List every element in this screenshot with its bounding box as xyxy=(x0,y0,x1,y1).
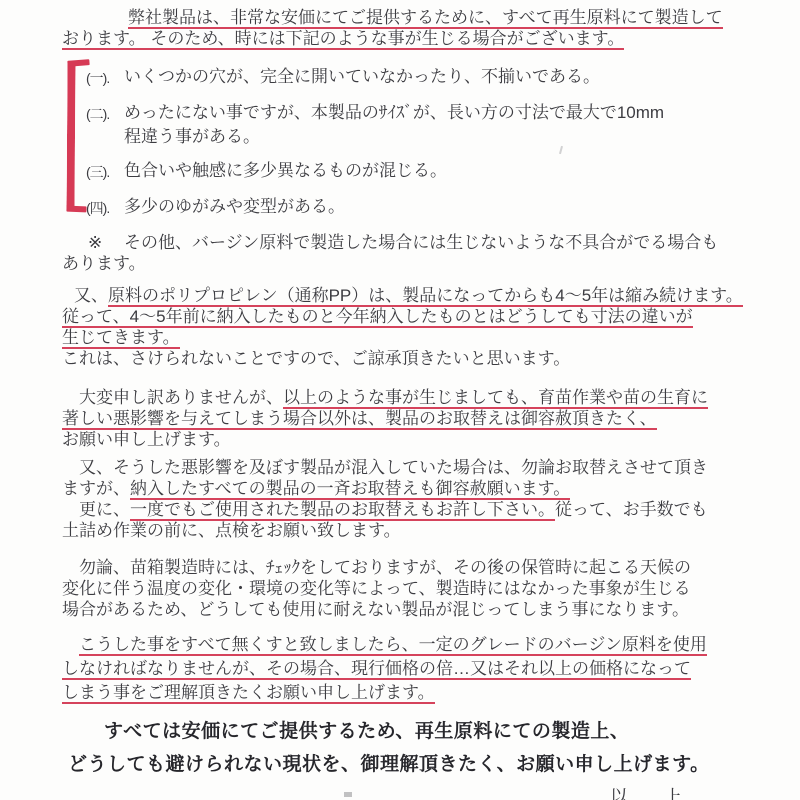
list-item-3-marker: (三). xyxy=(86,160,124,183)
list-item-4-marker: (四). xyxy=(86,196,124,219)
virgin-line-1-plain xyxy=(62,635,79,654)
intro-line-1-underlined: 弊社製品は、非常な安価にてご提供するために、すべて再生原料にて製造して xyxy=(128,8,723,29)
paragraph-replacement-policy: 又、そうした悪影響を及ぼす製品が混入していた場合は、勿論お取替えさせて頂き ます… xyxy=(62,457,766,541)
scanned-document: 弊社製品は、非常な安価にてご提供するために、すべて再生原料にて製造して おります… xyxy=(0,0,800,800)
virgin-line-1: こうした事をすべて無くすと致しましたら、一定のグレードのバージン原料を使用 xyxy=(62,633,766,657)
apology-line-1-underlined: 以上のような事が生じましても、育苗作業や苗の生育に xyxy=(283,388,708,409)
check-line-2: 変化に伴う温度の変化・環境の変化等によって、製造時にはなかった事象が生じる xyxy=(62,578,766,599)
list-item-4: (四). 多少のゆがみや変型がある。 xyxy=(86,196,766,219)
apology-line-1-plain: 大変申し訳ありませんが、 xyxy=(62,388,283,407)
pp-line-3: 生じてきます。 xyxy=(62,327,766,348)
replace-line-3-underlined: 一度でもご使用された製品のお取替えもお許し下さい。 xyxy=(130,500,555,521)
virgin-line-3-underlined: しまう事をご理解頂きたくお願い申し上げます。 xyxy=(62,683,435,704)
replace-line-3: 更に、一度でもご使用された製品のお取替えもお許し下さい。従って、お手数でも xyxy=(62,499,766,520)
paragraph-apology: 大変申し訳ありませんが、以上のような事が生じましても、育苗作業や苗の生育に 著し… xyxy=(62,387,766,450)
list-item-3-text: 色合いや触感に多少異なるものが混じる。 xyxy=(124,160,447,183)
list-item-2: (二). めったにない事ですが、本製品のｻｲｽﾞが、長い方の寸法で最大で10mm xyxy=(86,102,766,125)
sign-off: 以 上 xyxy=(610,787,766,800)
paragraph-pp-shrinkage: 又、原料のポリプロピレン（通称PP）は、製品になってからも4～5年は縮み続けます… xyxy=(62,285,766,369)
paragraph-quality-check: 勿論、苗箱製造時には、ﾁｪｯｸをしておりますが、その後の保管時に起こる天候の 変… xyxy=(62,557,766,620)
note-asterisk-marker: ※ xyxy=(88,232,124,253)
replace-line-2: ますが、納入したすべての製品の一斉お取替えも御容赦願います。 xyxy=(62,478,766,499)
paragraph-virgin-material-cost: こうした事をすべて無くすと致しましたら、一定のグレードのバージン原料を使用 しな… xyxy=(62,633,766,705)
virgin-line-2: しなければなりませんが、その場合、現行価格の倍…又はそれ以上の価格になって xyxy=(62,657,766,681)
note-line-2: あります。 xyxy=(62,253,766,274)
list-item-2-continuation: 程違う事がある。 xyxy=(124,126,766,147)
list-item-4-text: 多少のゆがみや変型がある。 xyxy=(124,196,345,219)
pp-line-3-underlined: 生じてきます。 xyxy=(62,328,180,349)
replace-line-3-plain-pre: 更に、 xyxy=(62,500,130,519)
pp-line-1: 又、原料のポリプロピレン（通称PP）は、製品になってからも4～5年は縮み続けます… xyxy=(74,285,766,306)
virgin-line-3: しまう事をご理解頂きたくお願い申し上げます。 xyxy=(62,681,766,705)
closing-statement-line-2: どうしても避けられない現状を、御理解頂きたく、お願い申し上げます。 xyxy=(68,753,766,777)
note-line-1: ※ その他、バージン原料で製造した場合には生じないような不具合がでる場合も xyxy=(88,232,766,253)
pp-line-2-underlined: 従って、4～5年前に納入したものと今年納入したものとはどうしても寸法の違いが xyxy=(62,307,693,328)
virgin-line-2-underlined: しなければなりませんが、その場合、現行価格の倍…又はそれ以上の価格になって xyxy=(62,659,691,680)
apology-line-2-underlined: 著しい悪影響を与えてしまう場合以外は、製品のお取替えは御容赦頂きたく、 xyxy=(62,409,657,430)
pp-line-1-underlined: 原料のポリプロピレン（通称PP）は、製品になってからも4～5年は縮み続けます。 xyxy=(108,286,743,307)
apology-line-3: お願い申し上げます。 xyxy=(62,429,766,450)
list-item-2-marker: (二). xyxy=(86,102,124,125)
intro-line-2: おります。 そのため、時には下記のような事が生じる場合がございます。 xyxy=(62,28,766,49)
apology-line-1: 大変申し訳ありませんが、以上のような事が生じましても、育苗作業や苗の生育に xyxy=(62,387,766,408)
intro-line-1: 弊社製品は、非常な安価にてご提供するために、すべて再生原料にて製造して xyxy=(62,7,766,28)
pp-line-1-plain: 又、 xyxy=(74,286,108,305)
list-item-2-text: めったにない事ですが、本製品のｻｲｽﾞが、長い方の寸法で最大で10mm xyxy=(124,102,664,125)
check-line-1: 勿論、苗箱製造時には、ﾁｪｯｸをしておりますが、その後の保管時に起こる天候の xyxy=(62,557,766,578)
apology-line-2: 著しい悪影響を与えてしまう場合以外は、製品のお取替えは御容赦頂きたく、 xyxy=(62,408,766,429)
intro-line-2-underlined: おります。 そのため、時には下記のような事が生じる場合がございます。 xyxy=(62,29,624,50)
replace-line-1: 又、そうした悪影響を及ぼす製品が混入していた場合は、勿論お取替えさせて頂き xyxy=(62,457,766,478)
replace-line-2-plain: ますが、 xyxy=(62,479,130,498)
list-item-1: (一). いくつかの穴が、完全に開いていなかったり、不揃いである。 xyxy=(86,66,766,89)
list-item-1-marker: (一). xyxy=(86,66,124,89)
list-item-3: (三). 色合いや触感に多少異なるものが混じる。 xyxy=(86,160,766,183)
replace-line-2-underlined: 納入したすべての製品の一斉お取替えも御容赦願います。 xyxy=(130,479,570,500)
pp-line-2: 従って、4～5年前に納入したものと今年納入したものとはどうしても寸法の違いが xyxy=(62,306,766,327)
check-line-3: 場合があるため、どうしても使用に耐えない製品が混じってしまう事になります。 xyxy=(62,599,766,620)
red-bracket-annotation xyxy=(66,63,90,210)
pp-line-4: これは、さけられないことですので、ご諒承頂きたいと思います。 xyxy=(62,348,766,369)
note-line-1-text: その他、バージン原料で製造した場合には生じないような不具合がでる場合も xyxy=(124,232,718,253)
replace-line-4: 土詰め作業の前に、点検をお願い致します。 xyxy=(62,520,766,541)
scan-speck xyxy=(344,792,352,797)
list-item-1-text: いくつかの穴が、完全に開いていなかったり、不揃いである。 xyxy=(124,66,600,89)
defect-list: (一). いくつかの穴が、完全に開いていなかったり、不揃いである。 (二). め… xyxy=(62,66,766,219)
replace-line-3-plain-post: 従って、お手数でも xyxy=(555,500,708,519)
virgin-line-1-underlined: こうした事をすべて無くすと致しましたら、一定のグレードのバージン原料を使用 xyxy=(79,635,707,656)
closing-statement-line-1: すべては安価にてご提供するため、再生原料にての製造上、 xyxy=(104,720,766,744)
